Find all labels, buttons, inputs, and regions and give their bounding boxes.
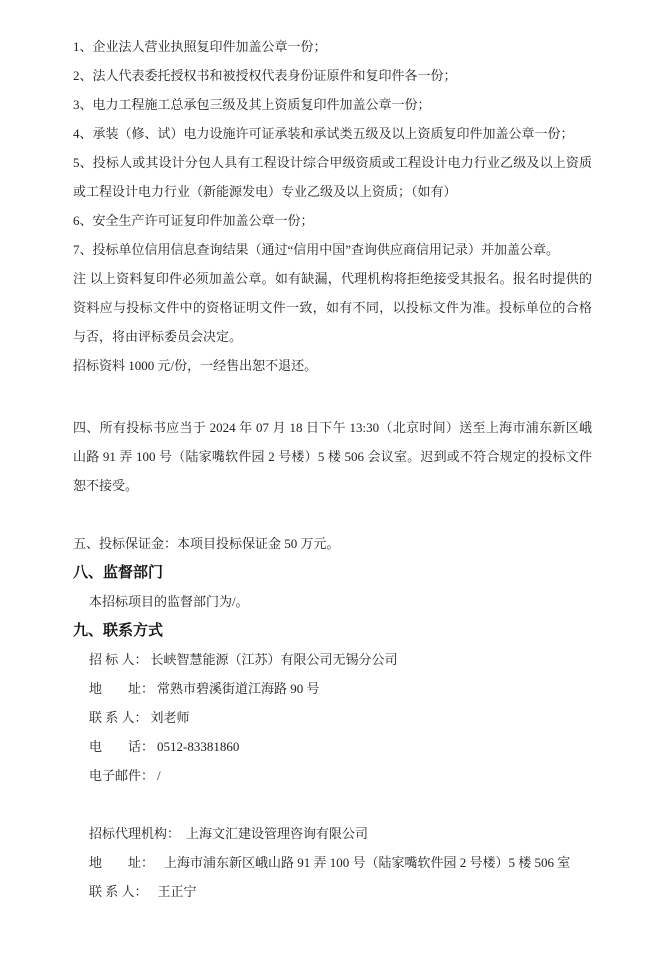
section-eight-heading: 八、监督部门 — [73, 558, 592, 587]
agency-address-value: 上海市浦东新区峨山路 91 弄 100 号（陆家嘴软件园 2 号楼）5 楼 50… — [164, 855, 570, 870]
agency-contact-person-row: 联 系 人：王正宁 — [73, 877, 592, 906]
tenderer-phone-value: 0512-83381860 — [157, 739, 239, 754]
tenderer-phone-row: 电 话：0512-83381860 — [73, 732, 592, 761]
tenderer-email-row: 电子邮件：/ — [73, 761, 592, 790]
price-line: 招标资料 1000 元/份，一经售出恕不退还。 — [73, 351, 592, 380]
tenderer-name-row: 招 标 人：长峡智慧能源（江苏）有限公司无锡分公司 — [73, 645, 592, 674]
qualification-item-7: 7、投标单位信用信息查询结果（通过“信用中国”查询供应商信用记录）并加盖公章。 — [73, 235, 592, 264]
agency-contact-person-label: 联 系 人： — [89, 884, 148, 899]
qualification-item-3: 3、电力工程施工总承包三级及其上资质复印件加盖公章一份； — [73, 90, 592, 119]
section-nine-heading: 九、联系方式 — [73, 616, 592, 645]
agency-address-label: 地 址： — [89, 855, 154, 870]
qualification-item-2: 2、法人代表委托授权书和被授权代表身份证原件和复印件各一份； — [73, 61, 592, 90]
qualification-item-5: 5、投标人或其设计分包人具有工程设计综合甲级资质或工程设计电力行业乙级及以上资质… — [73, 148, 592, 206]
tenderer-contact-person-value: 刘老师 — [151, 710, 190, 725]
section-five-line: 五、投标保证金：本项目投标保证金 50 万元。 — [73, 529, 592, 558]
tenderer-contact-person-row: 联 系 人：刘老师 — [73, 703, 592, 732]
tenderer-name-label: 招 标 人： — [89, 652, 148, 667]
section-four-paragraph: 四、所有投标书应当于 2024 年 07 月 18 日下午 13:30（北京时间… — [73, 413, 592, 500]
tenderer-name-value: 长峡智慧能源（江苏）有限公司无锡分公司 — [151, 652, 398, 667]
agency-name-label: 招标代理机构： — [89, 826, 180, 841]
tenderer-address-value: 常熟市碧溪街道江海路 90 号 — [157, 681, 320, 696]
tenderer-phone-label: 电 话： — [89, 739, 154, 754]
qualification-item-1: 1、企业法人营业执照复印件加盖公章一份； — [73, 32, 592, 61]
tenderer-address-row: 地 址：常熟市碧溪街道江海路 90 号 — [73, 674, 592, 703]
qualification-item-4: 4、承装（修、试）电力设施许可证承装和承试类五级及以上资质复印件加盖公章一份； — [73, 119, 592, 148]
agency-contact-person-value: 王正宁 — [158, 884, 197, 899]
qualification-item-6: 6、安全生产许可证复印件加盖公章一份； — [73, 206, 592, 235]
agency-name-row: 招标代理机构：上海文汇建设管理咨询有限公司 — [73, 819, 592, 848]
tenderer-email-value: / — [157, 768, 161, 783]
tenderer-contact-person-label: 联 系 人： — [89, 710, 148, 725]
agency-name-value: 上海文汇建设管理咨询有限公司 — [186, 826, 368, 841]
note-paragraph: 注 以上资料复印件必须加盖公章。如有缺漏，代理机构将拒绝接受其报名。报名时提供的… — [73, 264, 592, 351]
tenderer-email-label: 电子邮件： — [89, 768, 154, 783]
agency-address-row: 地 址：上海市浦东新区峨山路 91 弄 100 号（陆家嘴软件园 2 号楼）5 … — [73, 848, 592, 877]
tenderer-address-label: 地 址： — [89, 681, 154, 696]
section-eight-body: 本招标项目的监督部门为/。 — [73, 587, 592, 616]
tender-document-page: 1、企业法人营业执照复印件加盖公章一份； 2、法人代表委托授权书和被授权代表身份… — [0, 0, 658, 968]
